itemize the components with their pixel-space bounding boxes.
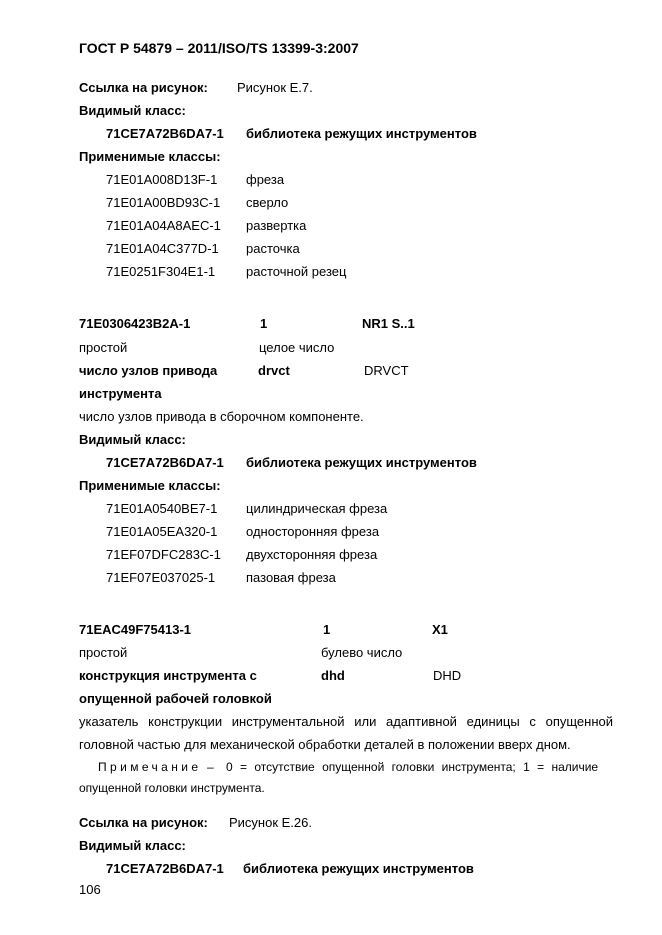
- figure-ref-label: Ссылка на рисунок:: [79, 815, 208, 830]
- note-text-line2: опущенной головки инструмента.: [79, 781, 265, 796]
- property-kind: простой: [79, 645, 127, 660]
- visible-class-label: Видимый класс:: [79, 838, 186, 853]
- visible-class-code: 71CE7A72B6DA7-1: [106, 861, 224, 876]
- property-name-line1: число узлов привода: [79, 363, 217, 378]
- property-datatype: целое число: [259, 340, 334, 355]
- property-format: NR1 S..1: [362, 316, 415, 331]
- visible-class-name: библиотека режущих инструментов: [246, 455, 477, 470]
- class-code: 71E0251F304E1-1: [106, 264, 215, 279]
- class-name: фреза: [246, 172, 284, 187]
- property-definition-line2: головной частью для механической обработ…: [79, 737, 571, 752]
- property-symbol: drvct: [258, 363, 290, 378]
- class-name: расточка: [246, 241, 300, 256]
- property-id: 71E0306423B2A-1: [79, 316, 190, 331]
- applicable-classes-label: Применимые классы:: [79, 149, 221, 164]
- visible-class-code: 71CE7A72B6DA7-1: [106, 126, 224, 141]
- class-code: 71EF07E037025-1: [106, 570, 215, 585]
- note-dash: –: [207, 760, 214, 775]
- property-definition: число узлов привода в сборочном компонен…: [79, 409, 364, 424]
- property-id: 71EAC49F75413-1: [79, 622, 191, 637]
- class-code: 71E01A00BD93C-1: [106, 195, 220, 210]
- property-version: 1: [260, 316, 267, 331]
- class-name: расточной резец: [246, 264, 346, 279]
- note-text-line1: 0 = отсутствие опущенной головки инструм…: [226, 760, 598, 775]
- property-symbol: dhd: [321, 668, 345, 683]
- class-code: 71EF07DFC283C-1: [106, 547, 221, 562]
- class-code: 71E01A05EA320-1: [106, 524, 217, 539]
- page-number: 106: [79, 882, 101, 897]
- class-code: 71E01A0540BE7-1: [106, 501, 217, 516]
- property-code: DRVCT: [364, 363, 409, 378]
- property-name-line2: инструмента: [79, 386, 162, 401]
- property-version: 1: [323, 622, 330, 637]
- applicable-classes-label: Применимые классы:: [79, 478, 221, 493]
- document-header: ГОСТ Р 54879 – 2011/ISO/TS 13399-3:2007: [79, 41, 359, 56]
- class-name: развертка: [246, 218, 306, 233]
- class-name: цилиндрическая фреза: [246, 501, 387, 516]
- visible-class-label: Видимый класс:: [79, 103, 186, 118]
- visible-class-name: библиотека режущих инструментов: [243, 861, 474, 876]
- class-name: односторонняя фреза: [246, 524, 379, 539]
- class-name: сверло: [246, 195, 288, 210]
- note-label: Примечание: [98, 760, 201, 775]
- class-name: двухсторонняя фреза: [246, 547, 377, 562]
- visible-class-code: 71CE7A72B6DA7-1: [106, 455, 224, 470]
- property-name-line1: конструкция инструмента с: [79, 668, 257, 683]
- class-code: 71E01A008D13F-1: [106, 172, 217, 187]
- property-datatype: булево число: [321, 645, 402, 660]
- class-code: 71E01A04A8AEC-1: [106, 218, 221, 233]
- property-definition-line1: указатель конструкции инструментальной и…: [79, 714, 613, 729]
- visible-class-name: библиотека режущих инструментов: [246, 126, 477, 141]
- property-code: DHD: [433, 668, 461, 683]
- visible-class-label: Видимый класс:: [79, 432, 186, 447]
- figure-ref-label: Ссылка на рисунок:: [79, 80, 208, 95]
- property-kind: простой: [79, 340, 127, 355]
- property-name-line2: опущенной рабочей головкой: [79, 691, 272, 706]
- property-format: X1: [432, 622, 448, 637]
- figure-ref-value: Рисунок Е.7.: [237, 80, 313, 95]
- figure-ref-value: Рисунок Е.26.: [229, 815, 312, 830]
- class-code: 71E01A04C377D-1: [106, 241, 219, 256]
- class-name: пазовая фреза: [246, 570, 336, 585]
